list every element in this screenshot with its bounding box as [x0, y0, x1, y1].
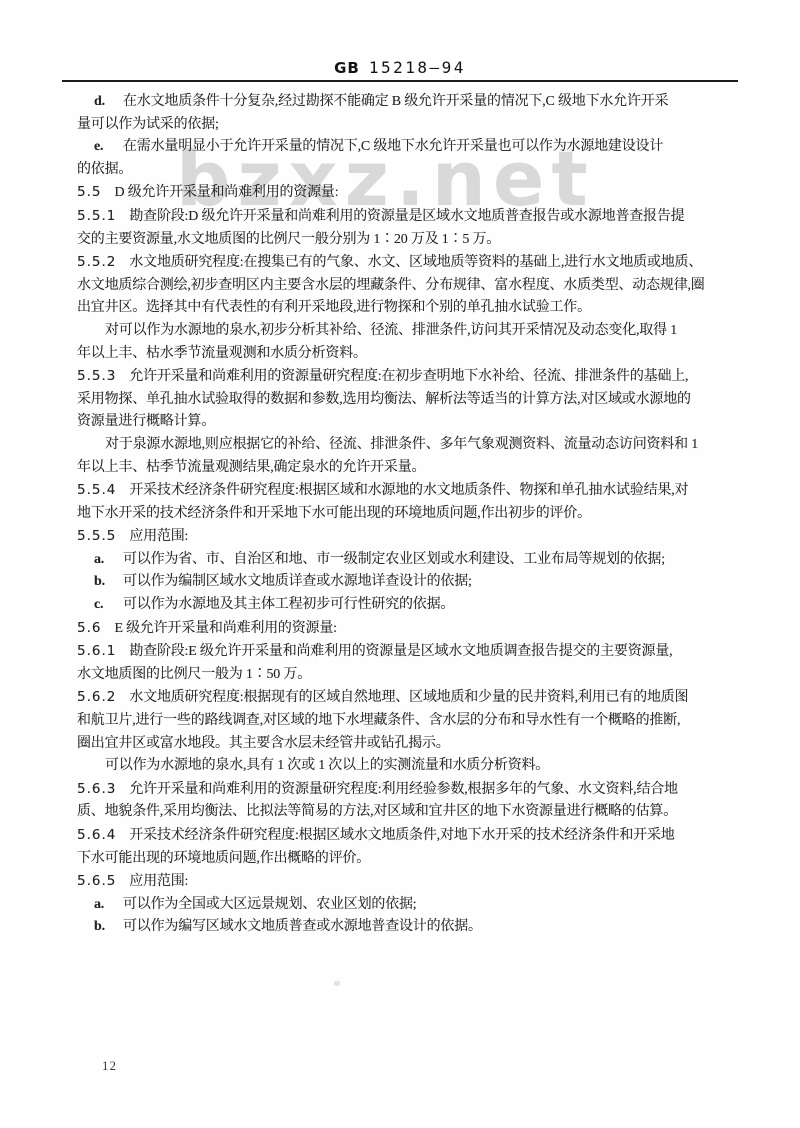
- text-line: 采用物探、单孔抽水试验取得的数据和参数,选用均衡法、解析法等适当的计算方法,对区…: [77, 389, 745, 412]
- text-line: 年以上丰、枯水季节流量观测和水质分析资料。: [77, 343, 745, 366]
- section-number: 5.5.1: [77, 205, 116, 228]
- line-text: 勘查阶段:E 级允许开采量和尚难利用的资源量是区域水文地质调查报告提交的主要资源…: [129, 644, 672, 659]
- line-text: 对于泉源水源地,则应根据它的补给、径流、排泄条件、多年气象观测资料、流量动态访问…: [105, 437, 698, 452]
- text-line: a.可以作为省、市、自治区和地、市一级制定农业区划或水利建设、工业布局等规划的依…: [77, 549, 745, 572]
- line-text: 可以作为编写区域水文地质普查或水源地普查设计的依据。: [123, 919, 482, 934]
- section-number: 5.5: [77, 181, 101, 204]
- text-line: 质、地貌条件,采用均衡法、比拟法等简易的方法,对区域和宜井区的地下水资源量进行概…: [77, 801, 745, 824]
- section-number: 5.6.1: [77, 640, 116, 663]
- line-text: 地下水开采的技术经济条件和开采地下水可能出现的环境地质问题,作出初步的评价。: [77, 506, 591, 521]
- line-text: 可以作为水源地及其主体工程初步可行性研究的依据。: [123, 597, 454, 612]
- text-line: 5.6.4开采技术经济条件研究程度:根据区域水文地质条件,对地下水开采的技术经济…: [77, 824, 745, 848]
- page-number: 12: [102, 1058, 117, 1074]
- line-text: 出宜井区。选择其中有代表性的有利开采地段,进行物探和个别的单孔抽水试验工作。: [77, 300, 591, 315]
- item-label: a.: [94, 549, 123, 572]
- text-line: 水文地质图的比例尺一般为 1∶50 万。: [77, 664, 745, 687]
- text-line: 交的主要资源量,水文地质图的比例尺一般分别为 1∶20 万及 1∶5 万。: [77, 229, 745, 252]
- line-text: 水文地质图的比例尺一般为 1∶50 万。: [77, 667, 311, 682]
- line-text: 圈出宜井区或富水地段。其主要含水层未经管井或钻孔揭示。: [77, 736, 450, 751]
- line-text: 开采技术经济条件研究程度:根据区域和水源地的水文地质条件、物探和单孔抽水试验结果…: [129, 483, 688, 498]
- text-line: 5.6.2水文地质研究程度:根据现有的区域自然地理、区域地质和少量的民井资料,利…: [77, 686, 745, 710]
- line-text: 可以作为省、市、自治区和地、市一级制定农业区划或水利建设、工业布局等规划的依据;: [123, 552, 665, 567]
- document-page: bzxz.net GB15218—94 d.在水文地质条件十分复杂,经过勘探不能…: [0, 0, 800, 1128]
- text-line: e.在需水量明显小于允许开采量的情况下,C 级地下水允许开采量也可以作为水源地建…: [77, 136, 745, 159]
- text-line: 5.5D 级允许开采量和尚难利用的资源量:: [77, 181, 745, 205]
- line-text: D 级允许开采量和尚难利用的资源量:: [114, 185, 338, 200]
- line-text: 可以作为水源地的泉水,具有 1 次或 1 次以上的实测流量和水质分析资料。: [105, 758, 549, 773]
- text-line: 的依据。: [77, 159, 745, 182]
- section-number: 5.5.5: [77, 525, 116, 548]
- line-text: 开采技术经济条件研究程度:根据区域水文地质条件,对地下水开采的技术经济条件和开采…: [129, 828, 674, 843]
- text-line: 水文地质综合测绘,初步查明区内主要含水层的埋藏条件、分布规律、富水程度、水质类型…: [77, 275, 745, 298]
- text-line: c.可以作为水源地及其主体工程初步可行性研究的依据。: [77, 594, 745, 617]
- text-line: 年以上丰、枯季节流量观测结果,确定泉水的允许开采量。: [77, 457, 745, 480]
- text-line: 5.5.3允许开采量和尚难利用的资源量研究程度:在初步查明地下水补给、径流、排泄…: [77, 365, 745, 389]
- text-line: 5.5.4开采技术经济条件研究程度:根据区域和水源地的水文地质条件、物探和单孔抽…: [77, 479, 745, 503]
- line-text: 可以作为全国或大区远景规划、农业区划的依据;: [123, 897, 417, 912]
- text-line: 5.5.1勘查阶段:D 级允许开采量和尚难利用的资源量是区域水文地质普查报告或水…: [77, 205, 745, 229]
- scan-speck: [334, 981, 340, 986]
- section-number: 5.6.3: [77, 778, 116, 801]
- item-label: a.: [94, 894, 123, 917]
- item-label: e.: [94, 136, 123, 159]
- text-line: 可以作为水源地的泉水,具有 1 次或 1 次以上的实测流量和水质分析资料。: [77, 755, 745, 778]
- line-text: 对可以作为水源地的泉水,初步分析其补给、径流、排泄条件,访问其开采情况及动态变化…: [105, 323, 677, 338]
- text-line: 地下水开采的技术经济条件和开采地下水可能出现的环境地质问题,作出初步的评价。: [77, 503, 745, 526]
- text-line: 5.6.5应用范围:: [77, 870, 745, 894]
- section-number: 5.5.3: [77, 365, 116, 388]
- text-line: 量可以作为试采的依据;: [77, 114, 745, 137]
- line-text: 质、地貌条件,采用均衡法、比拟法等简易的方法,对区域和宜井区的地下水资源量进行概…: [77, 804, 677, 819]
- line-text: 采用物探、单孔抽水试验取得的数据和参数,选用均衡法、解析法等适当的计算方法,对区…: [77, 392, 691, 407]
- section-number: 5.6.5: [77, 870, 116, 893]
- text-line: 和航卫片,进行一些的路线调查,对区域的地下水埋藏条件、含水层的分布和导水性有一个…: [77, 710, 745, 733]
- line-text: 可以作为编制区域水文地质详查或水源地详查设计的依据;: [123, 574, 472, 589]
- line-text: 在需水量明显小于允许开采量的情况下,C 级地下水允许开采量也可以作为水源地建设设…: [123, 139, 663, 154]
- section-number: 5.6.4: [77, 824, 116, 847]
- header-rule: [62, 80, 738, 82]
- text-line: 圈出宜井区或富水地段。其主要含水层未经管井或钻孔揭示。: [77, 733, 745, 756]
- text-line: b.可以作为编写区域水文地质普查或水源地普查设计的依据。: [77, 916, 745, 939]
- item-label: b.: [94, 916, 123, 939]
- line-text: 的依据。: [77, 162, 132, 177]
- text-line: 对于泉源水源地,则应根据它的补给、径流、排泄条件、多年气象观测资料、流量动态访问…: [77, 434, 745, 457]
- standard-prefix: GB: [334, 59, 360, 77]
- text-line: 5.6E 级允许开采量和尚难利用的资源量:: [77, 617, 745, 641]
- line-text: 水文地质研究程度:根据现有的区域自然地理、区域地质和少量的民井资料,利用已有的地…: [129, 690, 688, 705]
- line-text: 允许开采量和尚难利用的资源量研究程度:利用经验参数,根据多年的气象、水文资料,结…: [129, 782, 678, 797]
- text-line: 5.5.2水文地质研究程度:在搜集已有的气象、水文、区域地质等资料的基础上,进行…: [77, 251, 745, 275]
- line-text: 应用范围:: [129, 529, 188, 544]
- line-text: 年以上丰、枯季节流量观测结果,确定泉水的允许开采量。: [77, 460, 425, 475]
- text-line: 资源量进行概略计算。: [77, 411, 745, 434]
- text-line: b.可以作为编制区域水文地质详查或水源地详查设计的依据;: [77, 571, 745, 594]
- text-line: 下水可能出现的环境地质问题,作出概略的评价。: [77, 848, 745, 871]
- text-line: 5.5.5应用范围:: [77, 525, 745, 549]
- line-text: E 级允许开采量和尚难利用的资源量:: [114, 621, 336, 636]
- text-line: 5.6.1勘查阶段:E 级允许开采量和尚难利用的资源量是区域水文地质调查报告提交…: [77, 640, 745, 664]
- item-label: d.: [94, 91, 123, 114]
- line-text: 和航卫片,进行一些的路线调查,对区域的地下水埋藏条件、含水层的分布和导水性有一个…: [77, 713, 680, 728]
- text-line: 对可以作为水源地的泉水,初步分析其补给、径流、排泄条件,访问其开采情况及动态变化…: [77, 320, 745, 343]
- text-line: 5.6.3允许开采量和尚难利用的资源量研究程度:利用经验参数,根据多年的气象、水…: [77, 778, 745, 802]
- section-number: 5.5.4: [77, 479, 116, 502]
- line-text: 在水文地质条件十分复杂,经过勘探不能确定 B 级允许开采量的情况下,C 级地下水…: [123, 94, 668, 109]
- line-text: 交的主要资源量,水文地质图的比例尺一般分别为 1∶20 万及 1∶5 万。: [77, 232, 500, 247]
- section-number: 5.6.2: [77, 686, 116, 709]
- line-text: 量可以作为试采的依据;: [77, 117, 219, 132]
- line-text: 勘查阶段:D 级允许开采量和尚难利用的资源量是区域水文地质普查报告或水源地普查报…: [129, 209, 684, 224]
- line-text: 水文地质综合测绘,初步查明区内主要含水层的埋藏条件、分布规律、富水程度、水质类型…: [77, 278, 705, 293]
- item-label: b.: [94, 571, 123, 594]
- document-body: d.在水文地质条件十分复杂,经过勘探不能确定 B 级允许开采量的情况下,C 级地…: [77, 91, 745, 939]
- line-text: 允许开采量和尚难利用的资源量研究程度:在初步查明地下水补给、径流、排泄条件的基础…: [129, 369, 688, 384]
- line-text: 资源量进行概略计算。: [77, 414, 215, 429]
- line-text: 应用范围:: [129, 874, 188, 889]
- text-line: d.在水文地质条件十分复杂,经过勘探不能确定 B 级允许开采量的情况下,C 级地…: [77, 91, 745, 114]
- section-number: 5.5.2: [77, 251, 116, 274]
- line-text: 下水可能出现的环境地质问题,作出概略的评价。: [77, 851, 370, 866]
- section-number: 5.6: [77, 617, 101, 640]
- line-text: 水文地质研究程度:在搜集已有的气象、水文、区域地质等资料的基础上,进行水文地质或…: [129, 255, 702, 270]
- standard-number: 15218—94: [369, 58, 466, 77]
- text-line: 出宜井区。选择其中有代表性的有利开采地段,进行物探和个别的单孔抽水试验工作。: [77, 297, 745, 320]
- text-line: a.可以作为全国或大区远景规划、农业区划的依据;: [77, 894, 745, 917]
- item-label: c.: [94, 594, 123, 617]
- line-text: 年以上丰、枯水季节流量观测和水质分析资料。: [77, 346, 367, 361]
- standard-code-header: GB15218—94: [0, 58, 800, 78]
